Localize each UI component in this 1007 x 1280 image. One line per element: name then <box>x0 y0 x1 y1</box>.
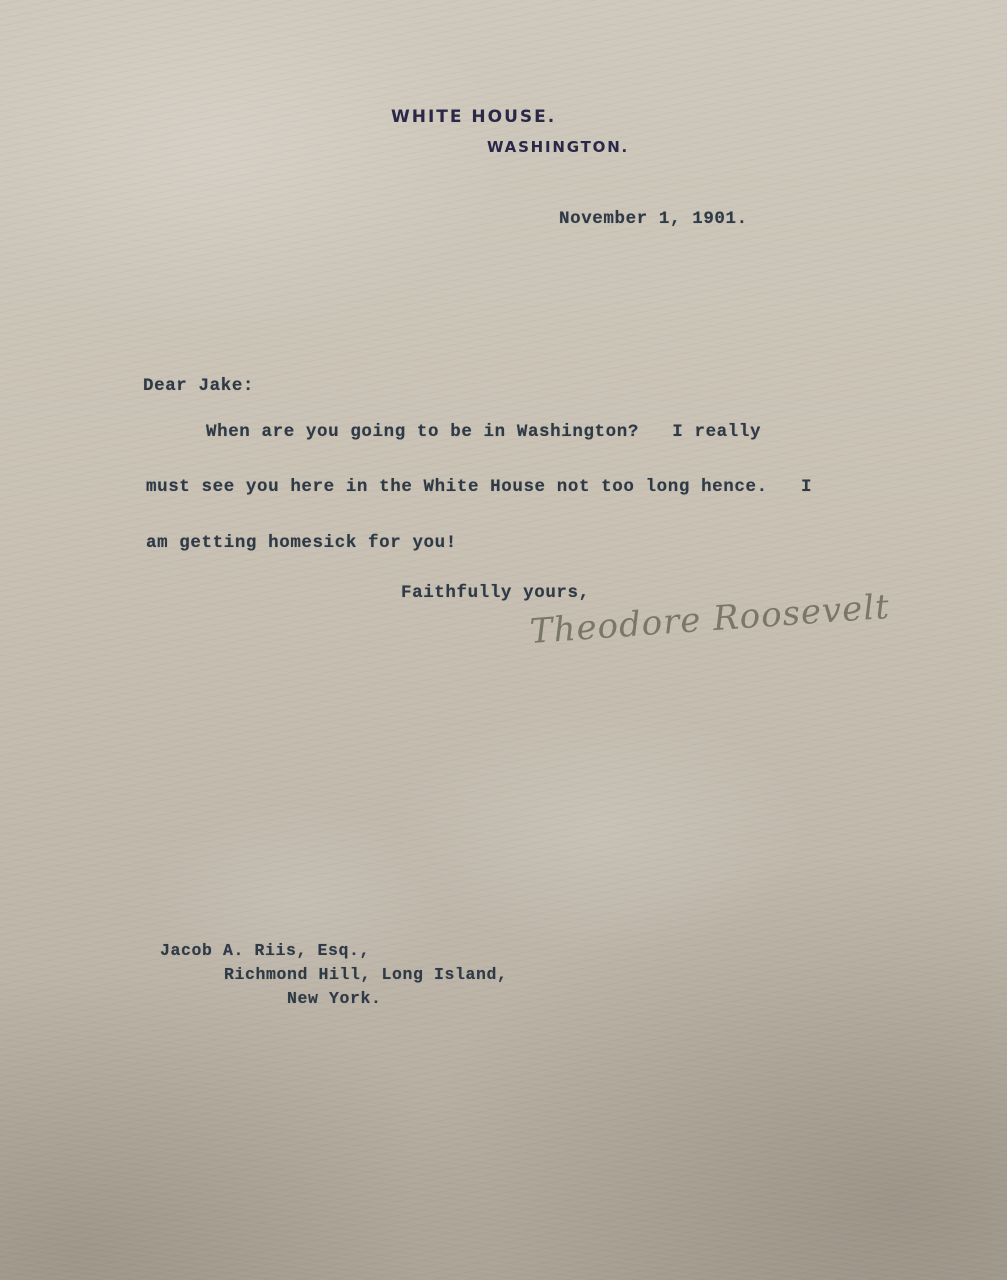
letter-body-line: When are you going to be in Washington? … <box>206 422 761 442</box>
letter-body-line: am getting homesick for you! <box>146 533 457 553</box>
recipient-address: Richmond Hill, Long Island, <box>224 965 508 984</box>
recipient-name: Jacob A. Riis, Esq., <box>160 941 370 960</box>
letter-body-line: must see you here in the White House not… <box>146 477 812 497</box>
letter-date: November 1, 1901. <box>559 209 748 229</box>
letterhead-location: WASHINGTON. <box>487 138 629 156</box>
letterhead-title: WHITE HOUSE. <box>391 107 556 127</box>
letter-paper: WHITE HOUSE. WASHINGTON. November 1, 190… <box>0 0 1007 1280</box>
letter-salutation: Dear Jake: <box>143 376 254 396</box>
letter-closing: Faithfully yours, <box>401 583 590 603</box>
paper-texture <box>0 0 1007 1280</box>
recipient-state: New York. <box>287 989 382 1008</box>
